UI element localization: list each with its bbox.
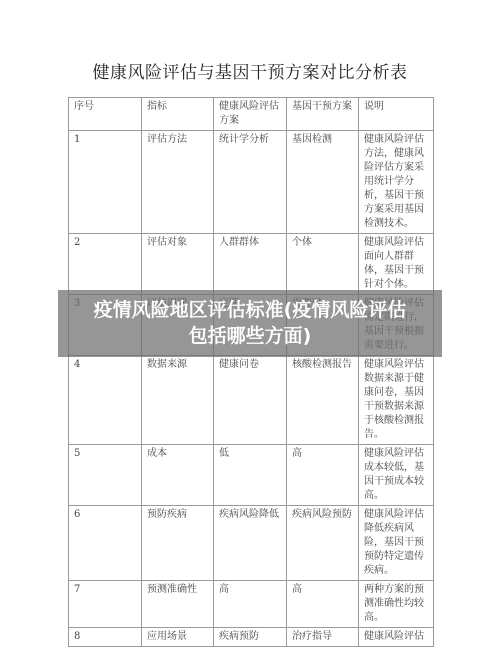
cell-note: 健康风险评估面向人群群体，基因干预针对个体。 <box>359 234 434 295</box>
table-row: 7 预测准确性 高 高 两种方案的预测准确性均较高。 <box>69 581 434 628</box>
cell-indicator: 应用场景 <box>142 628 214 647</box>
cell-indicator: 评估方法 <box>142 131 214 234</box>
cell-health: 疾病风险降低 <box>214 506 287 581</box>
cell-note: 健康风险评估 <box>359 628 434 647</box>
cell-indicator: 预测准确性 <box>142 581 214 628</box>
table-row: 1 评估方法 统计学分析 基因检测 健康风险评估方法，健康风险评估方案采用统计学… <box>69 131 434 234</box>
cell-note: 健康风险评估降低疾病风险，基因干预预防特定遗传疾病。 <box>359 506 434 581</box>
cell-health: 疾病预防 <box>214 628 287 647</box>
document-title: 健康风险评估与基因干预方案对比分析表 <box>0 58 500 83</box>
cell-indicator: 评估对象 <box>142 234 214 295</box>
cell-no: 7 <box>69 581 142 628</box>
cell-health: 健康问卷 <box>214 356 287 445</box>
cell-gene: 高 <box>287 445 359 506</box>
header-cell: 健康风险评估方案 <box>214 98 287 131</box>
table-header-row: 序号 指标 健康风险评估方案 基因干预方案 说明 <box>69 98 434 131</box>
headline-overlay-banner: 疫情风险地区评估标准(疫情风险评估 包括哪些方面) <box>58 290 442 357</box>
comparison-table: 序号 指标 健康风险评估方案 基因干预方案 说明 1 评估方法 统计学分析 基因… <box>68 97 434 647</box>
overlay-title-line-2: 包括哪些方面) <box>58 323 442 349</box>
cell-no: 2 <box>69 234 142 295</box>
cell-note: 健康风险评估方法，健康风险评估方案采用统计学分析，基因干预方案采用基因检测技术。 <box>359 131 434 234</box>
cell-note: 健康风险评估数据来源于健康问卷，基因干预数据来源于核酸检测报告。 <box>359 356 434 445</box>
cell-gene: 个体 <box>287 234 359 295</box>
header-cell: 序号 <box>69 98 142 131</box>
cell-note: 两种方案的预测准确性均较高。 <box>359 581 434 628</box>
cell-gene: 核酸检测报告 <box>287 356 359 445</box>
cell-health: 人群群体 <box>214 234 287 295</box>
cell-indicator: 数据来源 <box>142 356 214 445</box>
cell-indicator: 成本 <box>142 445 214 506</box>
cell-no: 8 <box>69 628 142 647</box>
cell-no: 6 <box>69 506 142 581</box>
table-row: 8 应用场景 疾病预防 治疗指导 健康风险评估 <box>69 628 434 647</box>
cell-gene: 治疗指导 <box>287 628 359 647</box>
cell-health: 低 <box>214 445 287 506</box>
header-cell: 说明 <box>359 98 434 131</box>
cell-no: 4 <box>69 356 142 445</box>
cell-indicator: 预防疾病 <box>142 506 214 581</box>
cell-gene: 高 <box>287 581 359 628</box>
cell-health: 统计学分析 <box>214 131 287 234</box>
cell-gene: 基因检测 <box>287 131 359 234</box>
table-row: 2 评估对象 人群群体 个体 健康风险评估面向人群群体，基因干预针对个体。 <box>69 234 434 295</box>
overlay-title-line-1: 疫情风险地区评估标准(疫情风险评估 <box>58 297 442 323</box>
table-row: 4 数据来源 健康问卷 核酸检测报告 健康风险评估数据来源于健康问卷，基因干预数… <box>69 356 434 445</box>
cell-note: 健康风险评估成本较低，基因干预成本较高。 <box>359 445 434 506</box>
table-row: 5 成本 低 高 健康风险评估成本较低，基因干预成本较高。 <box>69 445 434 506</box>
cell-no: 1 <box>69 131 142 234</box>
cell-health: 高 <box>214 581 287 628</box>
table-row: 6 预防疾病 疾病风险降低 疾病风险预防 健康风险评估降低疾病风险，基因干预预防… <box>69 506 434 581</box>
header-cell: 指标 <box>142 98 214 131</box>
cell-no: 5 <box>69 445 142 506</box>
header-cell: 基因干预方案 <box>287 98 359 131</box>
cell-gene: 疾病风险预防 <box>287 506 359 581</box>
